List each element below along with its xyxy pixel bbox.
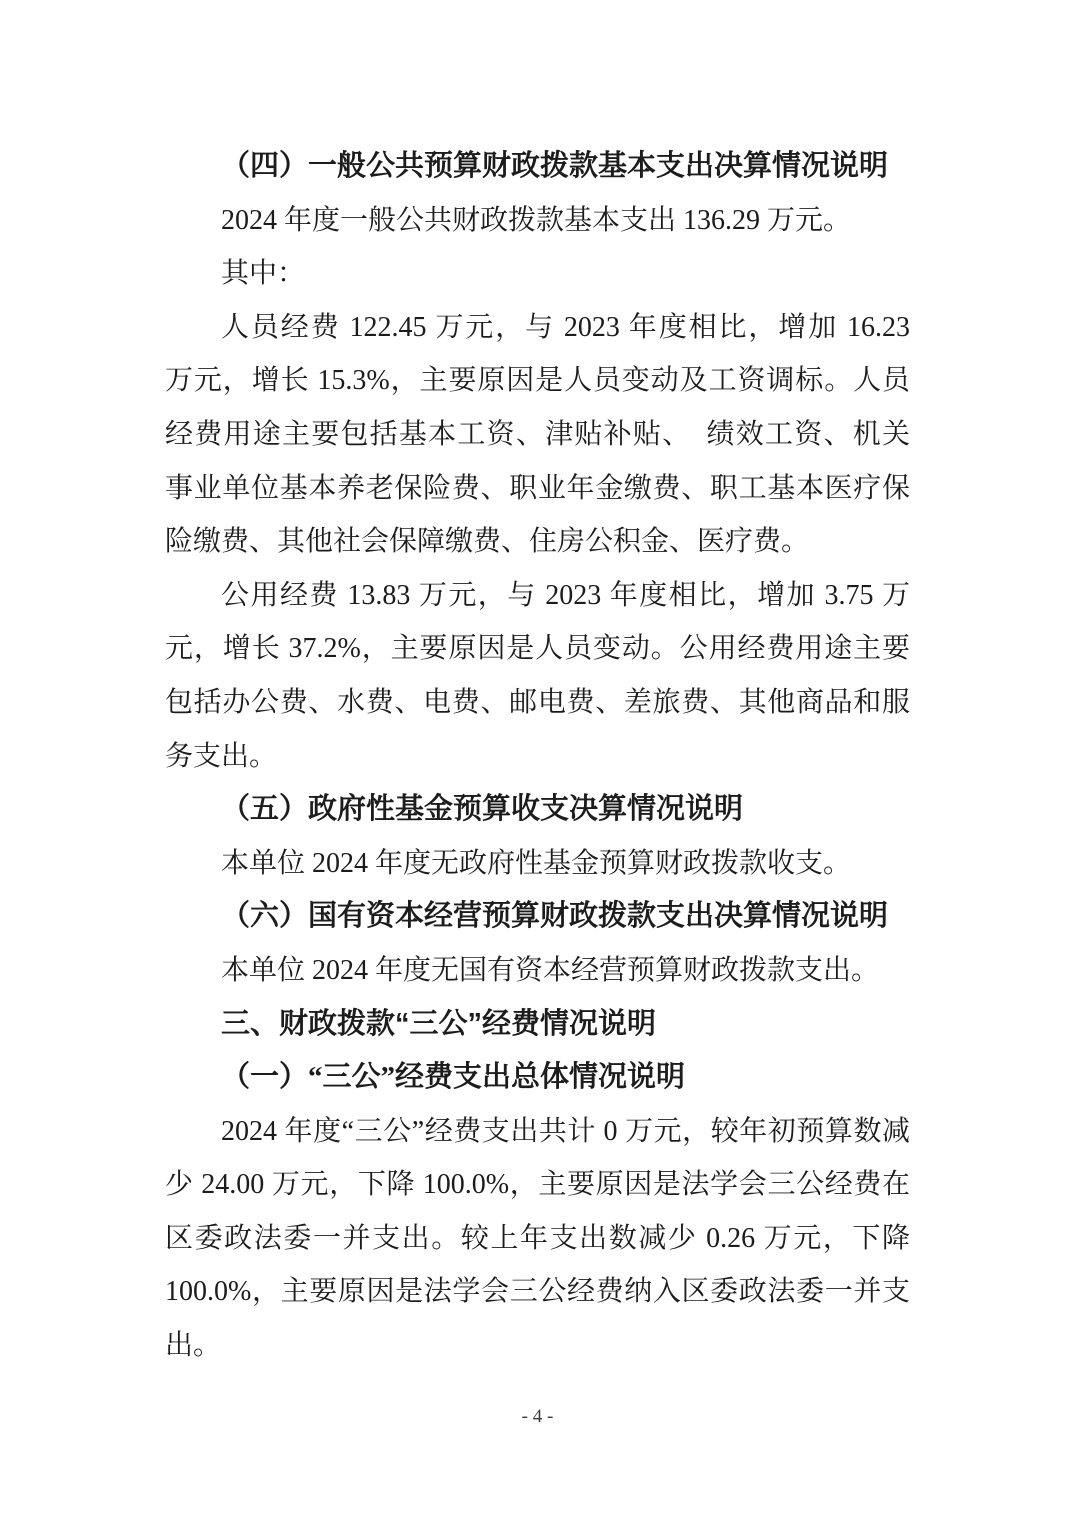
para-sangong-line-4: 100.0%，主要原因是法学会三公经费纳入区委政法委一并支 — [165, 1265, 910, 1319]
section-heading-one: （一）“三公”经费支出总体情况说明 — [165, 1051, 910, 1105]
para-sangong-line-2: 少 24.00 万元，下降 100.0%，主要原因是法学会三公经费在 — [165, 1158, 910, 1212]
para-personnel-funds-line-1: 人员经费 122.45 万元，与 2023 年度相比，增加 16.23 — [165, 301, 910, 355]
document-page: （四）一般公共预算财政拨款基本支出决算情况说明 2024 年度一般公共财政拨款基… — [0, 0, 1075, 1520]
line-no-govfund-budget: 本单位 2024 年度无政府性基金预算财政拨款收支。 — [165, 837, 910, 891]
para-sangong-line-5: 出。 — [165, 1319, 910, 1373]
document-body: （四）一般公共预算财政拨款基本支出决算情况说明 2024 年度一般公共财政拨款基… — [165, 140, 910, 1373]
para-public-funds-line-2: 元，增长 37.2%，主要原因是人员变动。公用经费用途主要 — [165, 622, 910, 676]
para-sangong-line-3: 区委政法委一并支出。较上年支出数减少 0.26 万元，下降 — [165, 1212, 910, 1266]
chapter-heading-three: 三、财政拨款“三公”经费情况说明 — [165, 998, 910, 1052]
para-sangong-line-1: 2024 年度“三公”经费支出共计 0 万元，较年初预算数减 — [165, 1105, 910, 1159]
line-no-soe-capital-budget: 本单位 2024 年度无国有资本经营预算财政拨款支出。 — [165, 944, 910, 998]
para-personnel-funds-line-5: 险缴费、其他社会保障缴费、住房公积金、医疗费。 — [165, 515, 910, 569]
line-among-which-label: 其中： — [165, 247, 910, 301]
para-public-funds-line-4: 务支出。 — [165, 730, 910, 784]
line-basic-expenditure-total: 2024 年度一般公共财政拨款基本支出 136.29 万元。 — [165, 194, 910, 248]
page-number: - 4 - — [0, 1404, 1075, 1430]
para-public-funds-line-1: 公用经费 13.83 万元，与 2023 年度相比，增加 3.75 万 — [165, 569, 910, 623]
para-public-funds-line-3: 包括办公费、水费、电费、邮电费、差旅费、其他商品和服 — [165, 676, 910, 730]
para-personnel-funds-line-2: 万元，增长 15.3%，主要原因是人员变动及工资调标。人员 — [165, 354, 910, 408]
section-heading-four: （四）一般公共预算财政拨款基本支出决算情况说明 — [165, 140, 910, 194]
para-personnel-funds-line-3: 经费用途主要包括基本工资、津贴补贴、 绩效工资、机关 — [165, 408, 910, 462]
section-heading-five: （五）政府性基金预算收支决算情况说明 — [165, 783, 910, 837]
section-heading-six: （六）国有资本经营预算财政拨款支出决算情况说明 — [165, 890, 910, 944]
para-personnel-funds-line-4: 事业单位基本养老保险费、职业年金缴费、职工基本医疗保 — [165, 462, 910, 516]
